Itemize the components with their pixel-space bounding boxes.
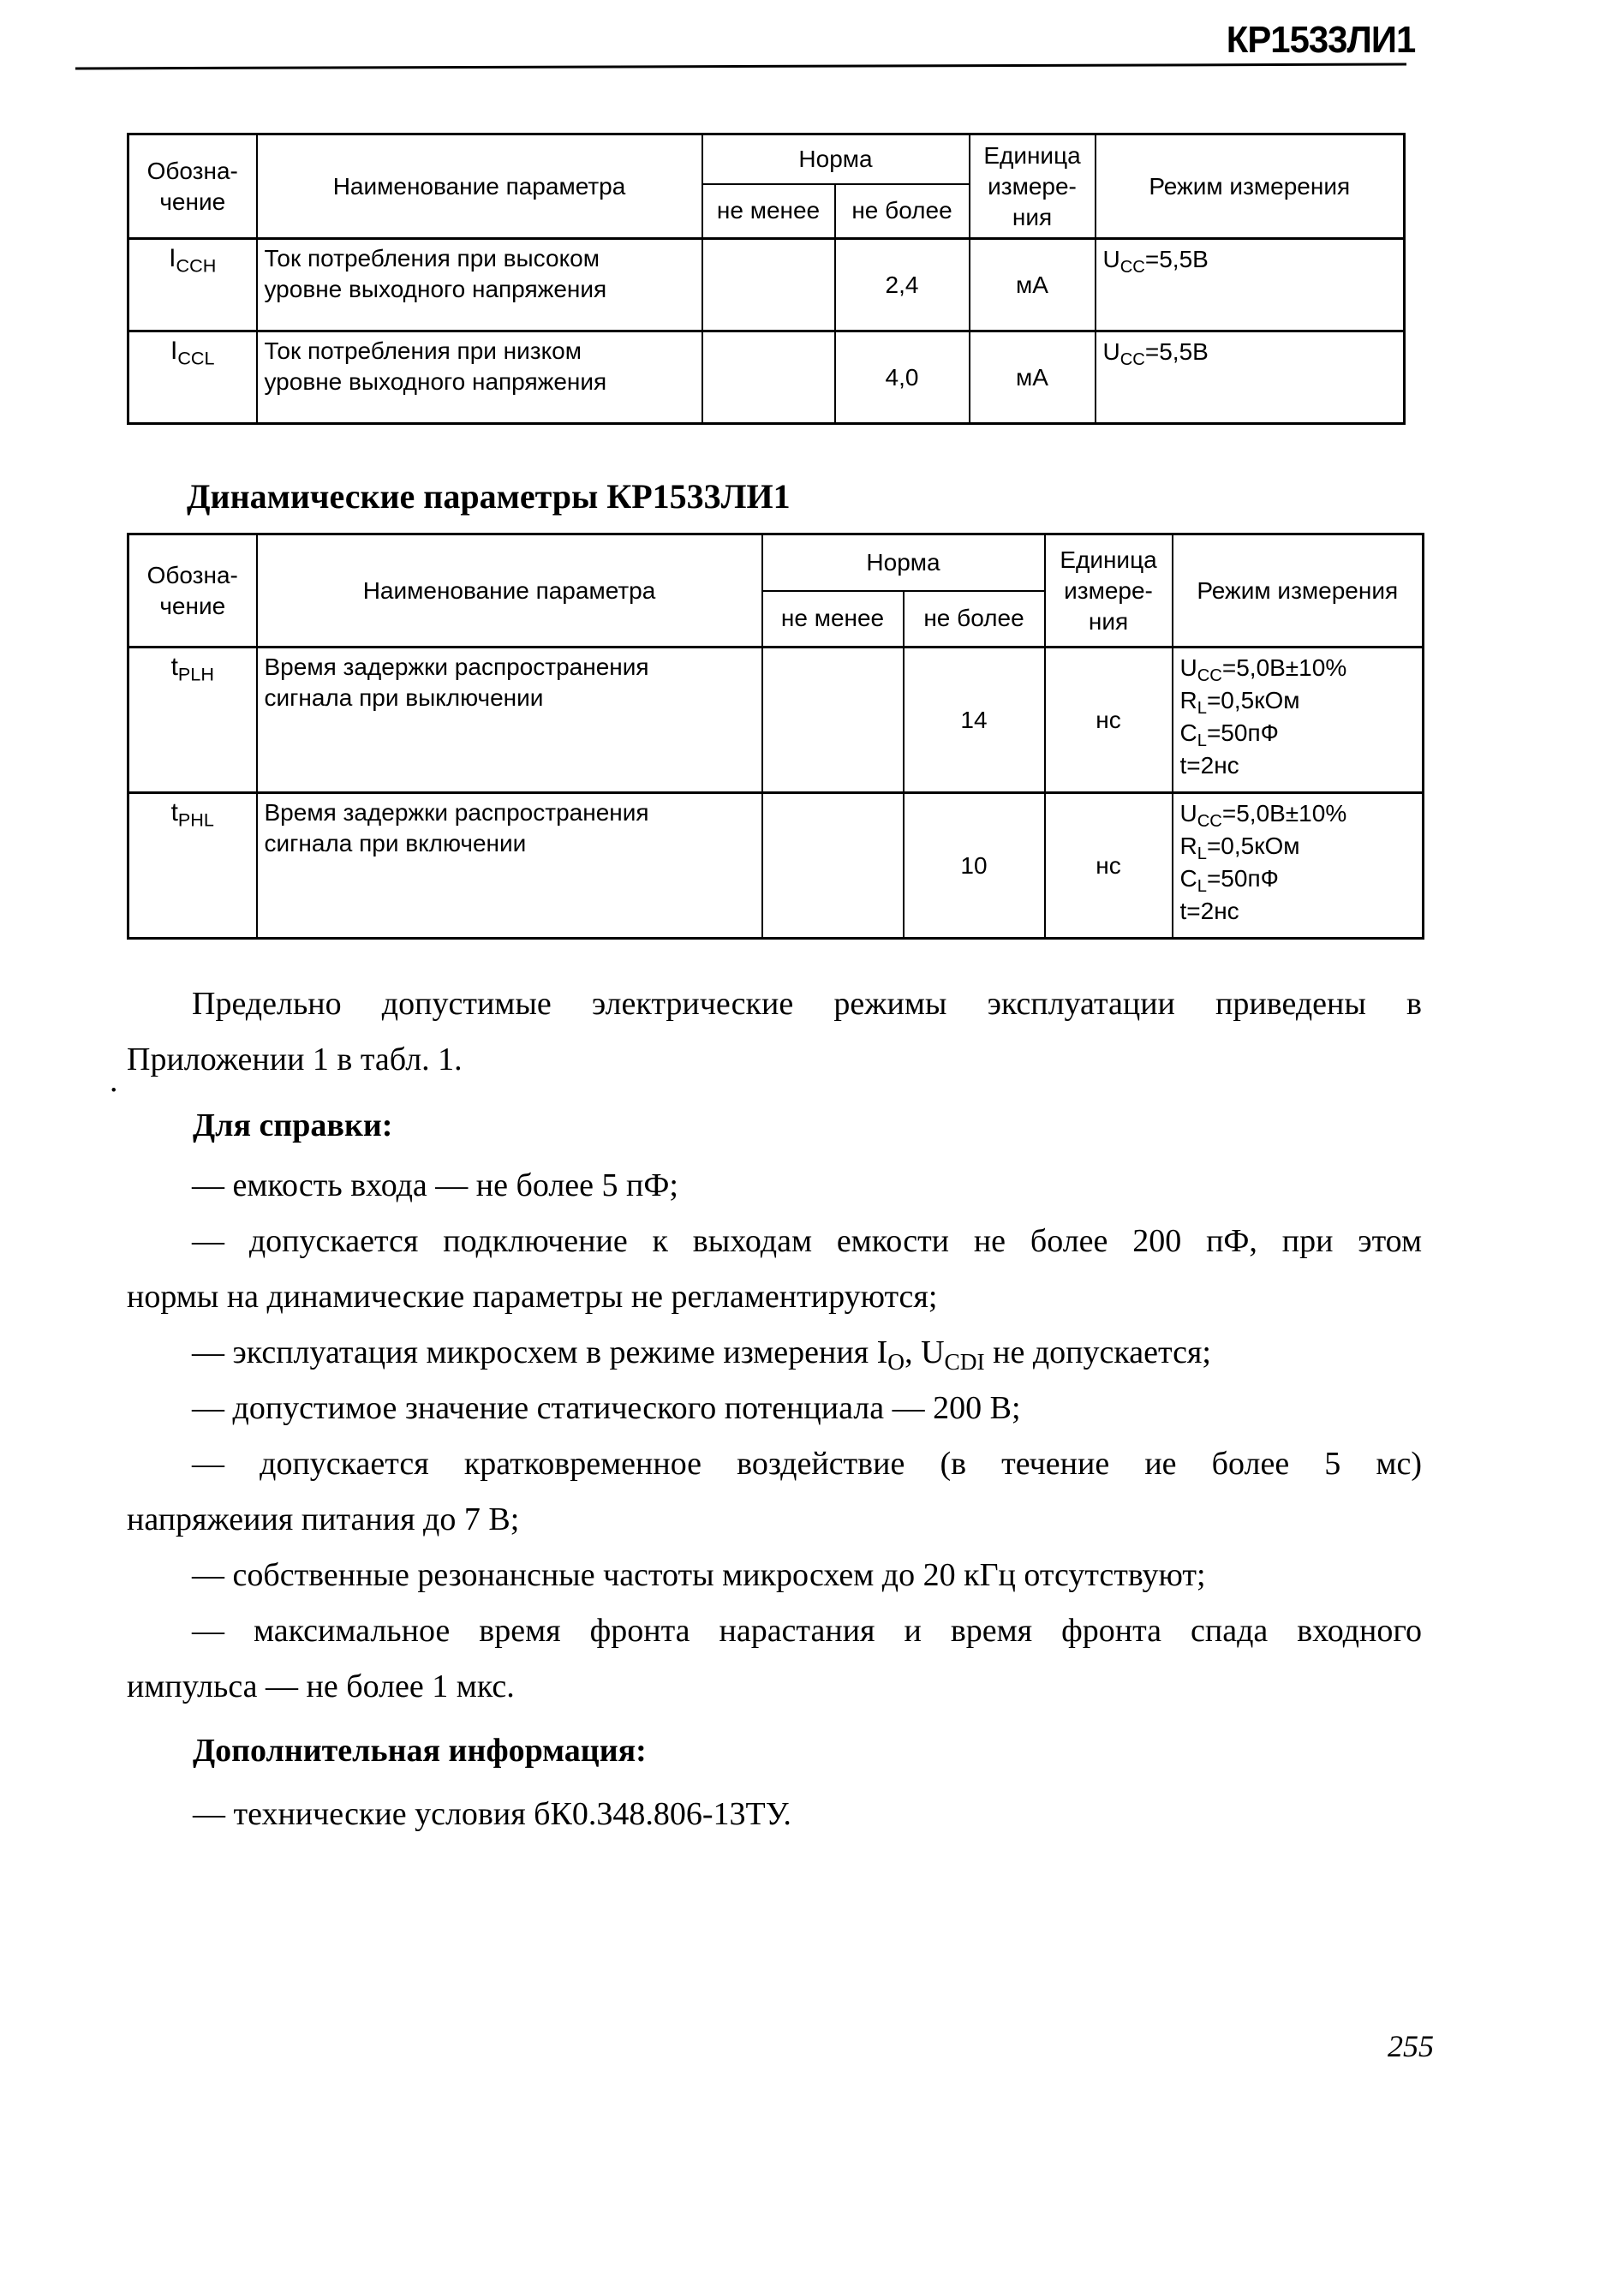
- page-number: 255: [1388, 2028, 1434, 2064]
- value-not-less: [702, 331, 835, 424]
- list-item: — эксплуатация микросхем в режиме измере…: [127, 1332, 1422, 1388]
- list-item-continuation: нормы на динамические параметры не регла…: [127, 1276, 1422, 1332]
- header-rule: [75, 63, 1406, 70]
- list-item-continuation: импульса — не более 1 мкс.: [127, 1666, 1422, 1722]
- additional-info-line: — технические условия бК0.348.806-13ТУ.: [193, 1795, 791, 1833]
- col-header-not-less: не менее: [702, 184, 835, 239]
- list-item: — собственные резонансные частоты микрос…: [127, 1555, 1422, 1610]
- col-header-designation: Обозна-чение: [128, 534, 257, 648]
- list-item: — допускается подключение к выходам емко…: [127, 1221, 1422, 1276]
- dynamic-params-heading: Динамические параметры КР1533ЛИ1: [187, 476, 791, 516]
- col-header-unit: Единица измере-ния: [970, 134, 1096, 239]
- paragraph-line: Предельно допустимые электрические режим…: [127, 983, 1422, 1039]
- param-symbol: tPLH: [128, 648, 257, 793]
- measurement-mode: UCC=5,0В±10% RL=0,5кОм CL=50пФ t=2нс: [1173, 793, 1424, 939]
- table-row: tPLH Время задержки распространения сигн…: [128, 648, 1424, 793]
- value-not-more: 4,0: [835, 331, 970, 424]
- param-symbol: ICCH: [128, 239, 257, 331]
- value-unit: нс: [1045, 648, 1173, 793]
- value-not-more: 14: [904, 648, 1045, 793]
- value-unit: мА: [970, 239, 1096, 331]
- page-title: КР1533ЛИ1: [1227, 19, 1415, 62]
- col-header-norm: Норма: [702, 134, 970, 184]
- col-header-not-more: не более: [904, 591, 1045, 648]
- measurement-mode: UCC=5,5В: [1096, 239, 1405, 331]
- paragraph-line: Приложении 1 в табл. 1.: [127, 1039, 1422, 1095]
- col-header-unit: Единица измере-ния: [1045, 534, 1173, 648]
- scan-artifact-dot: .: [110, 1062, 118, 1100]
- static-parameters-table: Обозна-чение Наименование параметра Норм…: [127, 133, 1406, 425]
- table-row: tPHL Время задержки распространения сигн…: [128, 793, 1424, 939]
- value-unit: нс: [1045, 793, 1173, 939]
- col-header-not-more: не более: [835, 184, 970, 239]
- param-name: Время задержки распространения сигнала п…: [257, 648, 762, 793]
- param-symbol: tPHL: [128, 793, 257, 939]
- datasheet-page: КР1533ЛИ1 Обозна-чение Наименование пара…: [0, 0, 1624, 2292]
- value-not-more: 2,4: [835, 239, 970, 331]
- reference-list: — емкость входа — не более 5 пФ; — допус…: [127, 1165, 1422, 1722]
- param-name: Ток потребления при низком уровне выходн…: [257, 331, 702, 424]
- list-item-continuation: напряжеиия питания до 7 В;: [127, 1499, 1422, 1555]
- list-item: — емкость входа — не более 5 пФ;: [127, 1165, 1422, 1221]
- dynamic-parameters-table: Обозна-чение Наименование параметра Норм…: [127, 533, 1424, 940]
- value-not-less: [762, 648, 904, 793]
- col-header-not-less: не менее: [762, 591, 904, 648]
- col-header-designation: Обозна-чение: [128, 134, 257, 239]
- value-unit: мА: [970, 331, 1096, 424]
- table-row: ICCL Ток потребления при низком уровне в…: [128, 331, 1405, 424]
- list-item: — максимальное время фронта нарастания и…: [127, 1610, 1422, 1666]
- param-name: Ток потребления при высоком уровне выход…: [257, 239, 702, 331]
- reference-heading: Для справки:: [193, 1107, 392, 1144]
- col-header-mode: Режим измерения: [1096, 134, 1405, 239]
- param-symbol: ICCL: [128, 331, 257, 424]
- col-header-norm: Норма: [762, 534, 1045, 591]
- measurement-mode: UCC=5,0В±10% RL=0,5кОм CL=50пФ t=2нс: [1173, 648, 1424, 793]
- measurement-mode: UCC=5,5В: [1096, 331, 1405, 424]
- value-not-less: [702, 239, 835, 331]
- value-not-more: 10: [904, 793, 1045, 939]
- col-header-parameter-name: Наименование параметра: [257, 534, 762, 648]
- value-not-less: [762, 793, 904, 939]
- col-header-mode: Режим измерения: [1173, 534, 1424, 648]
- list-item: — допускается кратковременное воздействи…: [127, 1443, 1422, 1499]
- param-name: Время задержки распространения сигнала п…: [257, 793, 762, 939]
- limits-paragraph: Предельно допустимые электрические режим…: [127, 983, 1422, 1095]
- col-header-parameter-name: Наименование параметра: [257, 134, 702, 239]
- list-item: — допустимое значение статического потен…: [127, 1388, 1422, 1443]
- table-row: ICCH Ток потребления при высоком уровне …: [128, 239, 1405, 331]
- additional-info-heading: Дополнительная информация:: [193, 1732, 647, 1770]
